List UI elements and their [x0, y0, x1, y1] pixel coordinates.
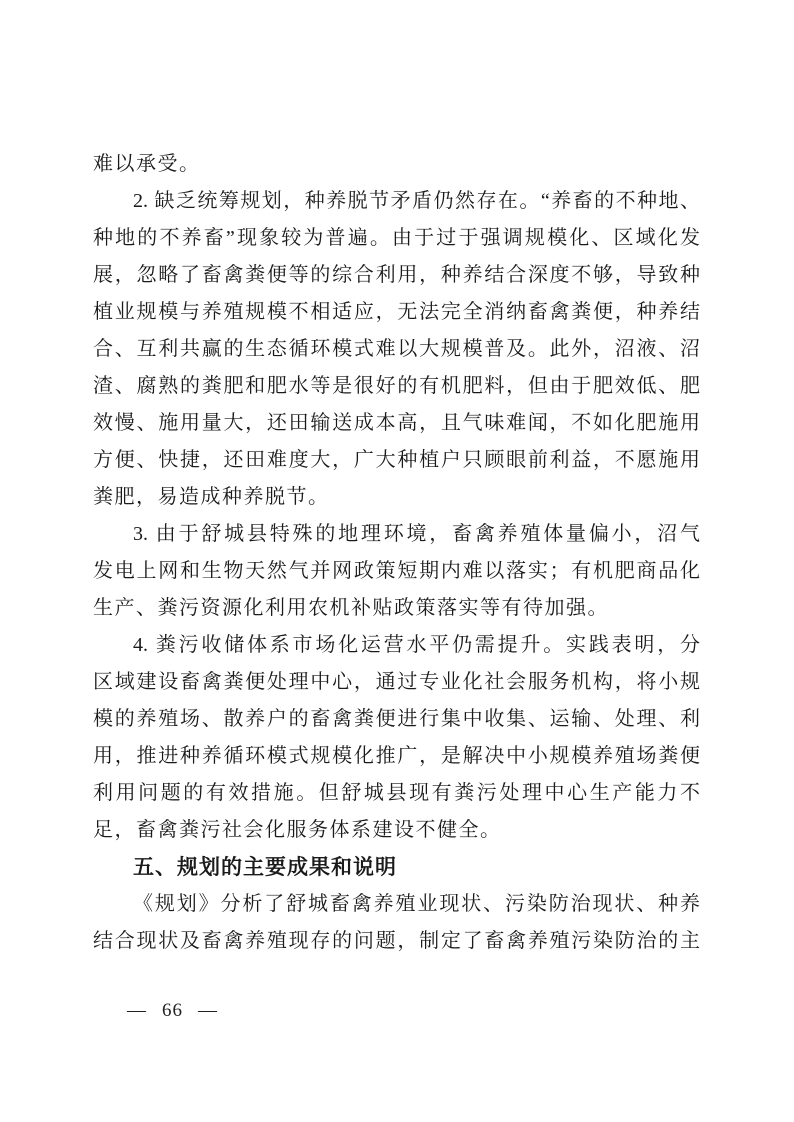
- footer-dash-right: —: [198, 1000, 218, 1022]
- text-line: 难以承受。: [93, 146, 700, 183]
- text-line: 生产、粪污资源化利用农机补贴政策落实等有待加强。: [93, 590, 700, 627]
- text-line: 发电上网和生物天然气并网政策短期内难以落实；有机肥商品化: [93, 553, 700, 590]
- text-line: 植业规模与养殖规模不相适应，无法完全消纳畜禽粪便，种养结: [93, 294, 700, 331]
- text-line: 3. 由于舒城县特殊的地理环境，畜禽养殖体量偏小，沼气: [93, 516, 700, 553]
- text-line: 区域建设畜禽粪便处理中心，通过专业化社会服务机构，将小规: [93, 664, 700, 701]
- text-line: 结合现状及畜禽养殖现存的问题，制定了畜禽养殖污染防治的主: [93, 923, 700, 960]
- text-line: 效慢、施用量大，还田输送成本高，且气味难闻，不如化肥施用: [93, 405, 700, 442]
- text-line: 用，推进种养循环模式规模化推广，是解决中小规模养殖场粪便: [93, 738, 700, 775]
- text-line: 2. 缺乏统筹规划，种养脱节矛盾仍然存在。“养畜的不种地、: [93, 183, 700, 220]
- section-heading: 五、规划的主要成果和说明: [93, 849, 700, 886]
- text-line: 利用问题的有效措施。但舒城县现有粪污处理中心生产能力不: [93, 775, 700, 812]
- text-line: 足，畜禽粪污社会化服务体系建设不健全。: [93, 812, 700, 849]
- text-block: 难以承受。2. 缺乏统筹规划，种养脱节矛盾仍然存在。“养畜的不种地、种地的不养畜…: [93, 146, 700, 960]
- page-number: 66: [162, 1000, 183, 1022]
- text-line: 种地的不养畜”现象较为普遍。由于过于强调规模化、区域化发: [93, 220, 700, 257]
- text-line: 模的养殖场、散养户的畜禽粪便进行集中收集、运输、处理、利: [93, 701, 700, 738]
- text-line: 展，忽略了畜禽粪便等的综合利用，种养结合深度不够，导致种: [93, 257, 700, 294]
- text-line: 方便、快捷，还田难度大，广大种植户只顾眼前利益，不愿施用: [93, 442, 700, 479]
- document-page: 难以承受。2. 缺乏统筹规划，种养脱节矛盾仍然存在。“养畜的不种地、种地的不养畜…: [0, 0, 794, 1122]
- text-line: 4. 粪污收储体系市场化运营水平仍需提升。实践表明，分: [93, 627, 700, 664]
- text-line: 粪肥，易造成种养脱节。: [93, 479, 700, 516]
- text-line: 合、互利共赢的生态循环模式难以大规模普及。此外，沼液、沼: [93, 331, 700, 368]
- text-line: 渣、腐熟的粪肥和肥水等是很好的有机肥料，但由于肥效低、肥: [93, 368, 700, 405]
- footer-dash-left: —: [127, 1000, 147, 1022]
- text-line: 《规划》分析了舒城畜禽养殖业现状、污染防治现状、种养: [93, 886, 700, 923]
- page-footer: — 66 —: [127, 1000, 218, 1022]
